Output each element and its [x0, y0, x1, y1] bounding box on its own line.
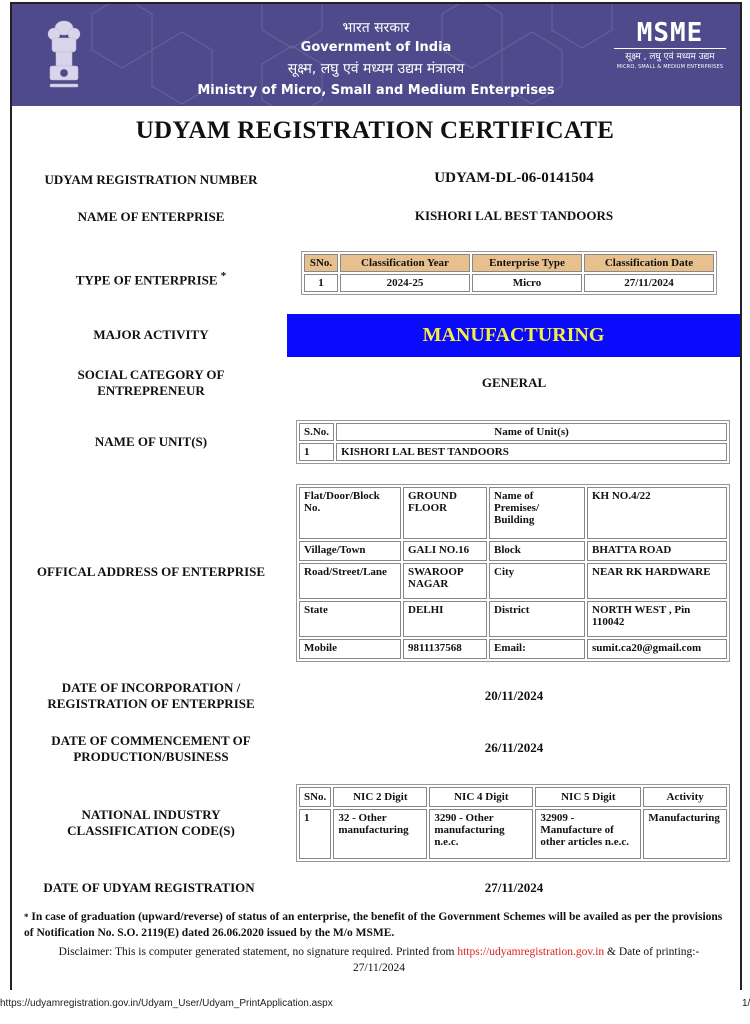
- commencement-date-value: 26/11/2024: [300, 740, 728, 756]
- cell-nic-4: 3290 - Other manufacturing n.e.c.: [429, 809, 533, 859]
- address-table: Flat/Door/Block No. GROUND FLOOR Name of…: [296, 484, 730, 662]
- udyam-portal-link[interactable]: https://udyamregistration.gov.in: [457, 946, 604, 958]
- type-asterisk: *: [221, 270, 227, 282]
- cell-label: District: [489, 601, 585, 637]
- table-row: Mobile 9811137568 Email: sumit.ca20@gmai…: [299, 639, 727, 659]
- table-row: Flat/Door/Block No. GROUND FLOOR Name of…: [299, 487, 727, 539]
- reg-number-label: UDYAM REGISTRATION NUMBER: [26, 172, 276, 188]
- cell-value: BHATTA ROAD: [587, 541, 727, 561]
- table-row: Road/Street/Lane SWAROOP NAGAR City NEAR…: [299, 563, 727, 599]
- incorporation-label: DATE OF INCORPORATION / REGISTRATION OF …: [26, 680, 276, 712]
- address-label: OFFICAL ADDRESS OF ENTERPRISE: [20, 564, 282, 580]
- units-header-row: S.No. Name of Unit(s): [299, 423, 727, 441]
- cell-label: Name of Premises/ Building: [489, 487, 585, 539]
- cell-classification-date: 27/11/2024: [584, 274, 714, 292]
- msme-logo: MSME सूक्ष्म , लघु एवं मध्यम उद्यम MICRO…: [610, 20, 730, 71]
- cell-nic-5: 32909 - Manufacture of other articles n.…: [535, 809, 641, 859]
- enterprise-name-value: KISHORI LAL BEST TANDOORS: [300, 208, 728, 224]
- cell-value: DELHI: [403, 601, 487, 637]
- header-banner: भारत सरकार Government of India सूक्ष्म, …: [12, 4, 740, 106]
- col-nic-4: NIC 4 Digit: [429, 787, 533, 807]
- col-nic-5: NIC 5 Digit: [535, 787, 641, 807]
- cell-value: NORTH WEST , Pin 110042: [587, 601, 727, 637]
- cell-label: Village/Town: [299, 541, 401, 561]
- cell-unit-name: KISHORI LAL BEST TANDOORS: [336, 443, 727, 461]
- social-category-label: SOCIAL CATEGORY OF ENTREPRENEUR: [26, 367, 276, 399]
- cell-enterprise-type: Micro: [472, 274, 582, 292]
- units-table: S.No. Name of Unit(s) 1 KISHORI LAL BEST…: [296, 420, 730, 464]
- certificate-title: UDYAM REGISTRATION CERTIFICATE: [0, 117, 750, 145]
- type-label-text: TYPE OF ENTERPRISE: [76, 272, 218, 287]
- cell-label: State: [299, 601, 401, 637]
- social-category-label-line2: ENTREPRENEUR: [26, 383, 276, 399]
- social-category-value: GENERAL: [300, 375, 728, 391]
- cell-value: KH NO.4/22: [587, 487, 727, 539]
- ministry-text: Ministry of Micro, Small and Medium Ente…: [12, 80, 740, 102]
- cell-value: 9811137568: [403, 639, 487, 659]
- disclaimer-suffix: & Date of printing:-: [604, 946, 699, 958]
- cell-label: Mobile: [299, 639, 401, 659]
- commencement-label-line2: PRODUCTION/BUSINESS: [26, 749, 276, 765]
- table-row: 1 KISHORI LAL BEST TANDOORS: [299, 443, 727, 461]
- disclaimer: Disclaimer: This is computer generated s…: [24, 944, 734, 976]
- col-classification-year: Classification Year: [340, 254, 470, 272]
- col-sno: S.No.: [299, 423, 334, 441]
- nic-label: NATIONAL INDUSTRY CLASSIFICATION CODE(S): [26, 807, 276, 839]
- email-value: sumit.ca20@gmail.com: [587, 639, 727, 659]
- printing-date: 27/11/2024: [353, 962, 405, 974]
- cell-classification-year: 2024-25: [340, 274, 470, 292]
- major-activity-banner: MANUFACTURING: [287, 314, 740, 357]
- incorporation-date-value: 20/11/2024: [300, 688, 728, 704]
- col-activity: Activity: [643, 787, 727, 807]
- cell-sno: 1: [299, 809, 331, 859]
- table-row: 1 32 - Other manufacturing 3290 - Other …: [299, 809, 727, 859]
- col-sno: SNo.: [299, 787, 331, 807]
- cell-sno: 1: [304, 274, 338, 292]
- col-sno: SNo.: [304, 254, 338, 272]
- footnote-text: In case of graduation (upward/reverse) o…: [24, 911, 722, 939]
- commencement-label: DATE OF COMMENCEMENT OF PRODUCTION/BUSIN…: [26, 733, 276, 765]
- nic-label-line1: NATIONAL INDUSTRY: [26, 807, 276, 823]
- reg-number-value: UDYAM-DL-06-0141504: [300, 170, 728, 187]
- cell-activity: Manufacturing: [643, 809, 727, 859]
- table-row: State DELHI District NORTH WEST , Pin 11…: [299, 601, 727, 637]
- cell-label: Road/Street/Lane: [299, 563, 401, 599]
- cell-sno: 1: [299, 443, 334, 461]
- print-footer-page: 1/: [742, 998, 750, 1009]
- table-row: Village/Town GALI NO.16 Block BHATTA ROA…: [299, 541, 727, 561]
- cell-label: Block: [489, 541, 585, 561]
- udyam-date-value: 27/11/2024: [300, 880, 728, 896]
- nic-table: SNo. NIC 2 Digit NIC 4 Digit NIC 5 Digit…: [296, 784, 730, 862]
- major-activity-label: MAJOR ACTIVITY: [26, 327, 276, 343]
- cell-label: Flat/Door/Block No.: [299, 487, 401, 539]
- cell-nic-2: 32 - Other manufacturing: [333, 809, 427, 859]
- cell-label: City: [489, 563, 585, 599]
- col-classification-date: Classification Date: [584, 254, 714, 272]
- enterprise-name-label: NAME OF ENTERPRISE: [26, 209, 276, 225]
- cell-value: SWAROOP NAGAR: [403, 563, 487, 599]
- disclaimer-prefix: Disclaimer: This is computer generated s…: [59, 946, 458, 958]
- msme-logo-rule: [614, 48, 726, 49]
- incorporation-label-line2: REGISTRATION OF ENTERPRISE: [26, 696, 276, 712]
- col-nic-2: NIC 2 Digit: [333, 787, 427, 807]
- cell-value: GALI NO.16: [403, 541, 487, 561]
- cell-label: Email:: [489, 639, 585, 659]
- nic-label-line2: CLASSIFICATION CODE(S): [26, 823, 276, 839]
- table-row: 1 2024-25 Micro 27/11/2024: [304, 274, 714, 292]
- incorporation-label-line1: DATE OF INCORPORATION /: [26, 680, 276, 696]
- nic-header-row: SNo. NIC 2 Digit NIC 4 Digit NIC 5 Digit…: [299, 787, 727, 807]
- type-label: TYPE OF ENTERPRISE *: [26, 268, 276, 288]
- col-unit-name: Name of Unit(s): [336, 423, 727, 441]
- units-label: NAME OF UNIT(S): [26, 434, 276, 450]
- cell-value: GROUND FLOOR: [403, 487, 487, 539]
- print-footer-url: https://udyamregistration.gov.in/Udyam_U…: [0, 998, 333, 1009]
- commencement-label-line1: DATE OF COMMENCEMENT OF: [26, 733, 276, 749]
- footnote: * In case of graduation (upward/reverse)…: [24, 909, 734, 941]
- msme-logo-word: MSME: [610, 20, 730, 46]
- msme-logo-hindi: सूक्ष्म , लघु एवं मध्यम उद्यम: [610, 51, 730, 63]
- social-category-label-line1: SOCIAL CATEGORY OF: [26, 367, 276, 383]
- msme-logo-english: MICRO, SMALL & MEDIUM ENTERPRISES: [610, 63, 730, 71]
- classification-header-row: SNo. Classification Year Enterprise Type…: [304, 254, 714, 272]
- udyam-date-label: DATE OF UDYAM REGISTRATION: [24, 880, 274, 896]
- classification-table: SNo. Classification Year Enterprise Type…: [301, 251, 717, 295]
- cell-value: NEAR RK HARDWARE: [587, 563, 727, 599]
- col-enterprise-type: Enterprise Type: [472, 254, 582, 272]
